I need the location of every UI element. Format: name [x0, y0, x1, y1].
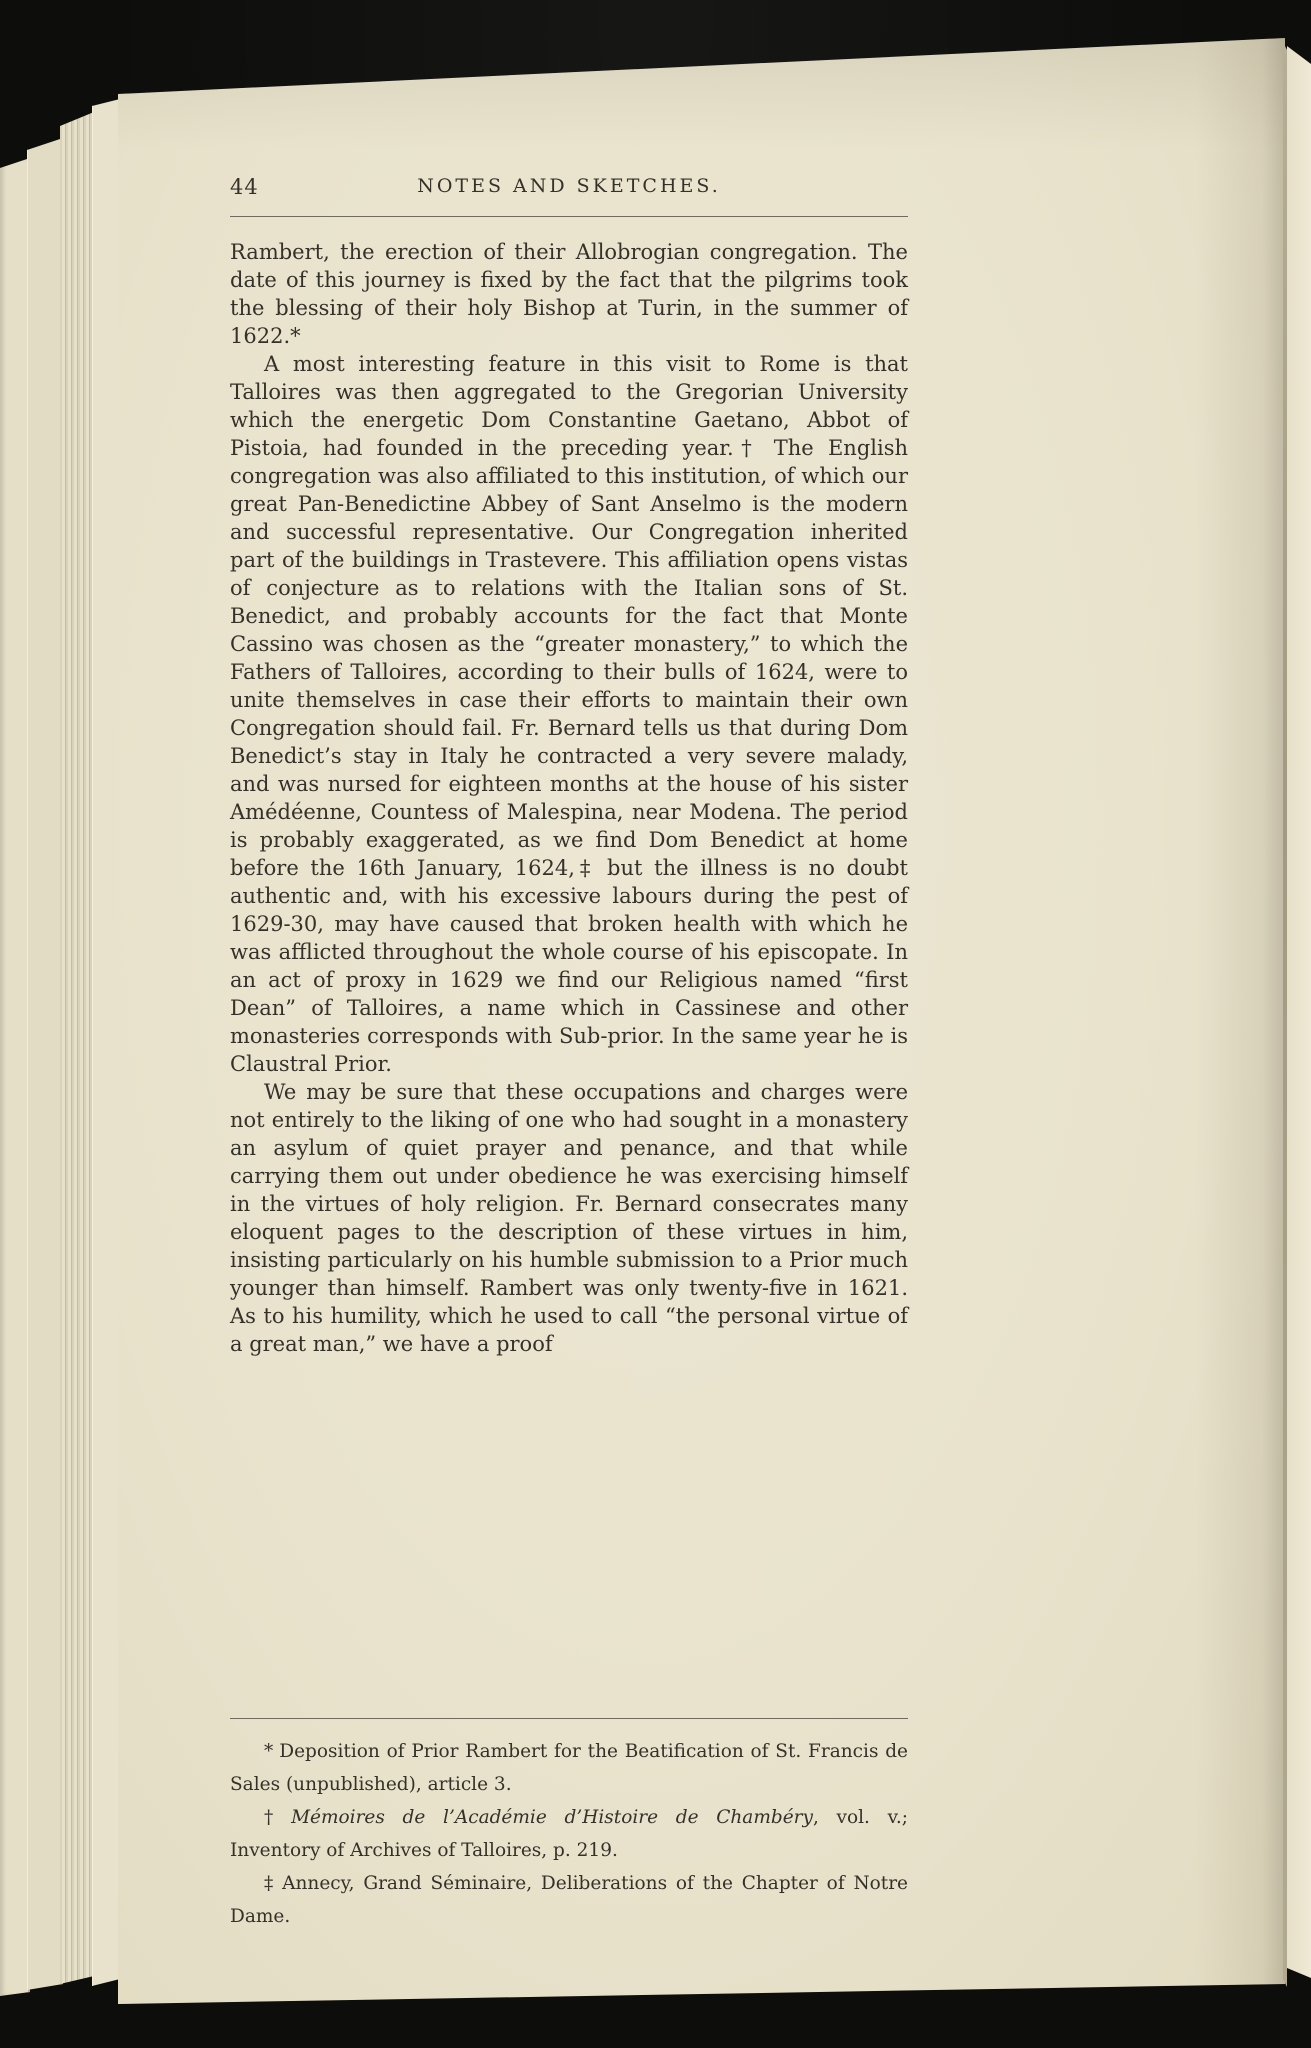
header-rule — [230, 216, 908, 217]
footnote: *Deposition of Prior Rambert for the Bea… — [230, 1735, 908, 1801]
book-page-edges-stack — [60, 112, 94, 1984]
footnote: ‡Annecy, Grand Séminaire, Deliberations … — [230, 1867, 908, 1933]
footnote-marker: † — [264, 1807, 291, 1828]
footnote-marker: ‡ — [264, 1873, 282, 1894]
facing-page-sliver — [1287, 30, 1311, 1998]
footnote-marker: * — [264, 1741, 279, 1762]
footnote: †Mémoires de l’Académie d’Histoire de Ch… — [230, 1801, 908, 1867]
running-title: NOTES AND SKETCHES. — [230, 175, 908, 197]
book-page: 44 NOTES AND SKETCHES. Rambert, the erec… — [118, 30, 1285, 2010]
footnote-work-title: Mémoires de l’Académie d’Histoire de Cha… — [291, 1807, 813, 1828]
paragraph: We may be sure that these occupations an… — [230, 1078, 908, 1358]
paragraph: Rambert, the erection of their Allobrogi… — [230, 238, 908, 350]
page-gutter-shading — [1195, 30, 1285, 2010]
footnote-text: Deposition of Prior Rambert for the Beat… — [230, 1741, 908, 1795]
gutter-fold-line — [1283, 42, 1287, 1987]
book-page-edge — [27, 138, 63, 1990]
footnote-section: *Deposition of Prior Rambert for the Bea… — [230, 1718, 908, 1933]
footnote-rule — [230, 1718, 908, 1719]
page-header: 44 NOTES AND SKETCHES. — [230, 175, 908, 201]
printed-text-block: 44 NOTES AND SKETCHES. Rambert, the erec… — [230, 175, 908, 1933]
footnotes: *Deposition of Prior Rambert for the Bea… — [230, 1735, 908, 1933]
book-page-edge — [0, 158, 30, 1996]
footnote-text: Annecy, Grand Séminaire, Deliberations o… — [230, 1873, 908, 1927]
body-text: Rambert, the erection of their Allobrogi… — [230, 238, 908, 1358]
paragraph: A most interesting feature in this visit… — [230, 350, 908, 1078]
